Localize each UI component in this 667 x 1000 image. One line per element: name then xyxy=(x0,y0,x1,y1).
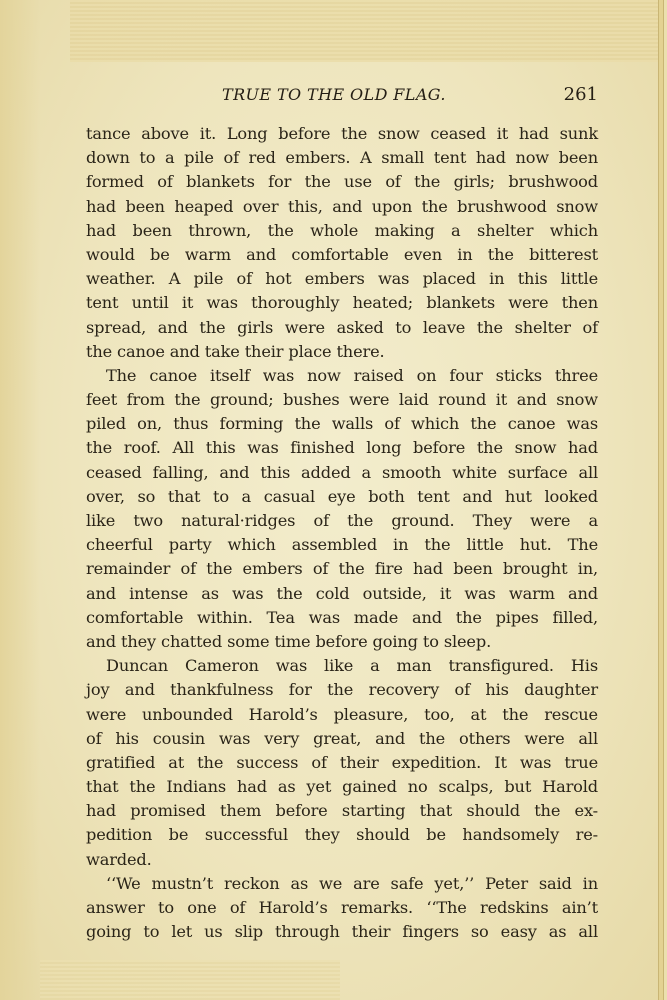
text-line: gratified at the success of their expedi… xyxy=(86,751,598,775)
text-line: down to a pile of red embers. A small te… xyxy=(86,146,598,170)
text-line: pedition be successful they should be ha… xyxy=(86,823,598,847)
text-line: the roof. All this was finished long bef… xyxy=(86,436,598,460)
text-line: remainder of the embers of the fire had … xyxy=(86,557,598,581)
text-line: answer to one of Harold’s remarks. ‘‘The… xyxy=(86,896,598,920)
text-line: had been heaped over this, and upon the … xyxy=(86,195,598,219)
text-line: ceased falling, and this added a smooth … xyxy=(86,461,598,485)
text-line: would be warm and comfortable even in th… xyxy=(86,243,598,267)
text-line: piled on, thus forming the walls of whic… xyxy=(86,412,598,436)
text-line: cheerful party which assembled in the li… xyxy=(86,533,598,557)
text-line: tent until it was thoroughly heated; bla… xyxy=(86,291,598,315)
text-line: the canoe and take their place there. xyxy=(86,340,598,364)
text-line: joy and thankfulness for the recovery of… xyxy=(86,678,598,702)
page-left-shading xyxy=(0,0,40,1000)
text-line: tance above it. Long before the snow cea… xyxy=(86,122,598,146)
text-line: feet from the ground; bushes were laid r… xyxy=(86,388,598,412)
text-line: of his cousin was very great, and the ot… xyxy=(86,727,598,751)
text-line: had been thrown, the whole making a shel… xyxy=(86,219,598,243)
text-line: comfortable within. Tea was made and the… xyxy=(86,606,598,630)
text-line: formed of blankets for the use of the gi… xyxy=(86,170,598,194)
text-line: Duncan Cameron was like a man transfigur… xyxy=(86,654,598,678)
text-line: spread, and the girls were asked to leav… xyxy=(86,316,598,340)
text-line: weather. A pile of hot embers was placed… xyxy=(86,267,598,291)
text-line: were unbounded Harold’s pleasure, too, a… xyxy=(86,703,598,727)
scan-bottom-band xyxy=(40,960,340,1000)
running-title: TRUE TO THE OLD FLAG. xyxy=(222,85,446,104)
body-text: tance above it. Long before the snow cea… xyxy=(86,122,598,944)
text-line: had promised them before starting that s… xyxy=(86,799,598,823)
text-line: like two natural·ridges of the ground. T… xyxy=(86,509,598,533)
page-number: 261 xyxy=(564,84,598,105)
text-line: The canoe itself was now raised on four … xyxy=(86,364,598,388)
text-line: and intense as was the cold outside, it … xyxy=(86,582,598,606)
text-line: ‘‘We mustn’t reckon as we are safe yet,’… xyxy=(86,872,598,896)
text-line: warded. xyxy=(86,848,598,872)
text-line: and they chatted some time before going … xyxy=(86,630,598,654)
page-header: TRUE TO THE OLD FLAG. 261 xyxy=(86,85,598,111)
scan-top-band xyxy=(70,0,667,62)
text-line: over, so that to a casual eye both tent … xyxy=(86,485,598,509)
text-line: going to let us slip through their finge… xyxy=(86,920,598,944)
text-line: that the Indians had as yet gained no sc… xyxy=(86,775,598,799)
